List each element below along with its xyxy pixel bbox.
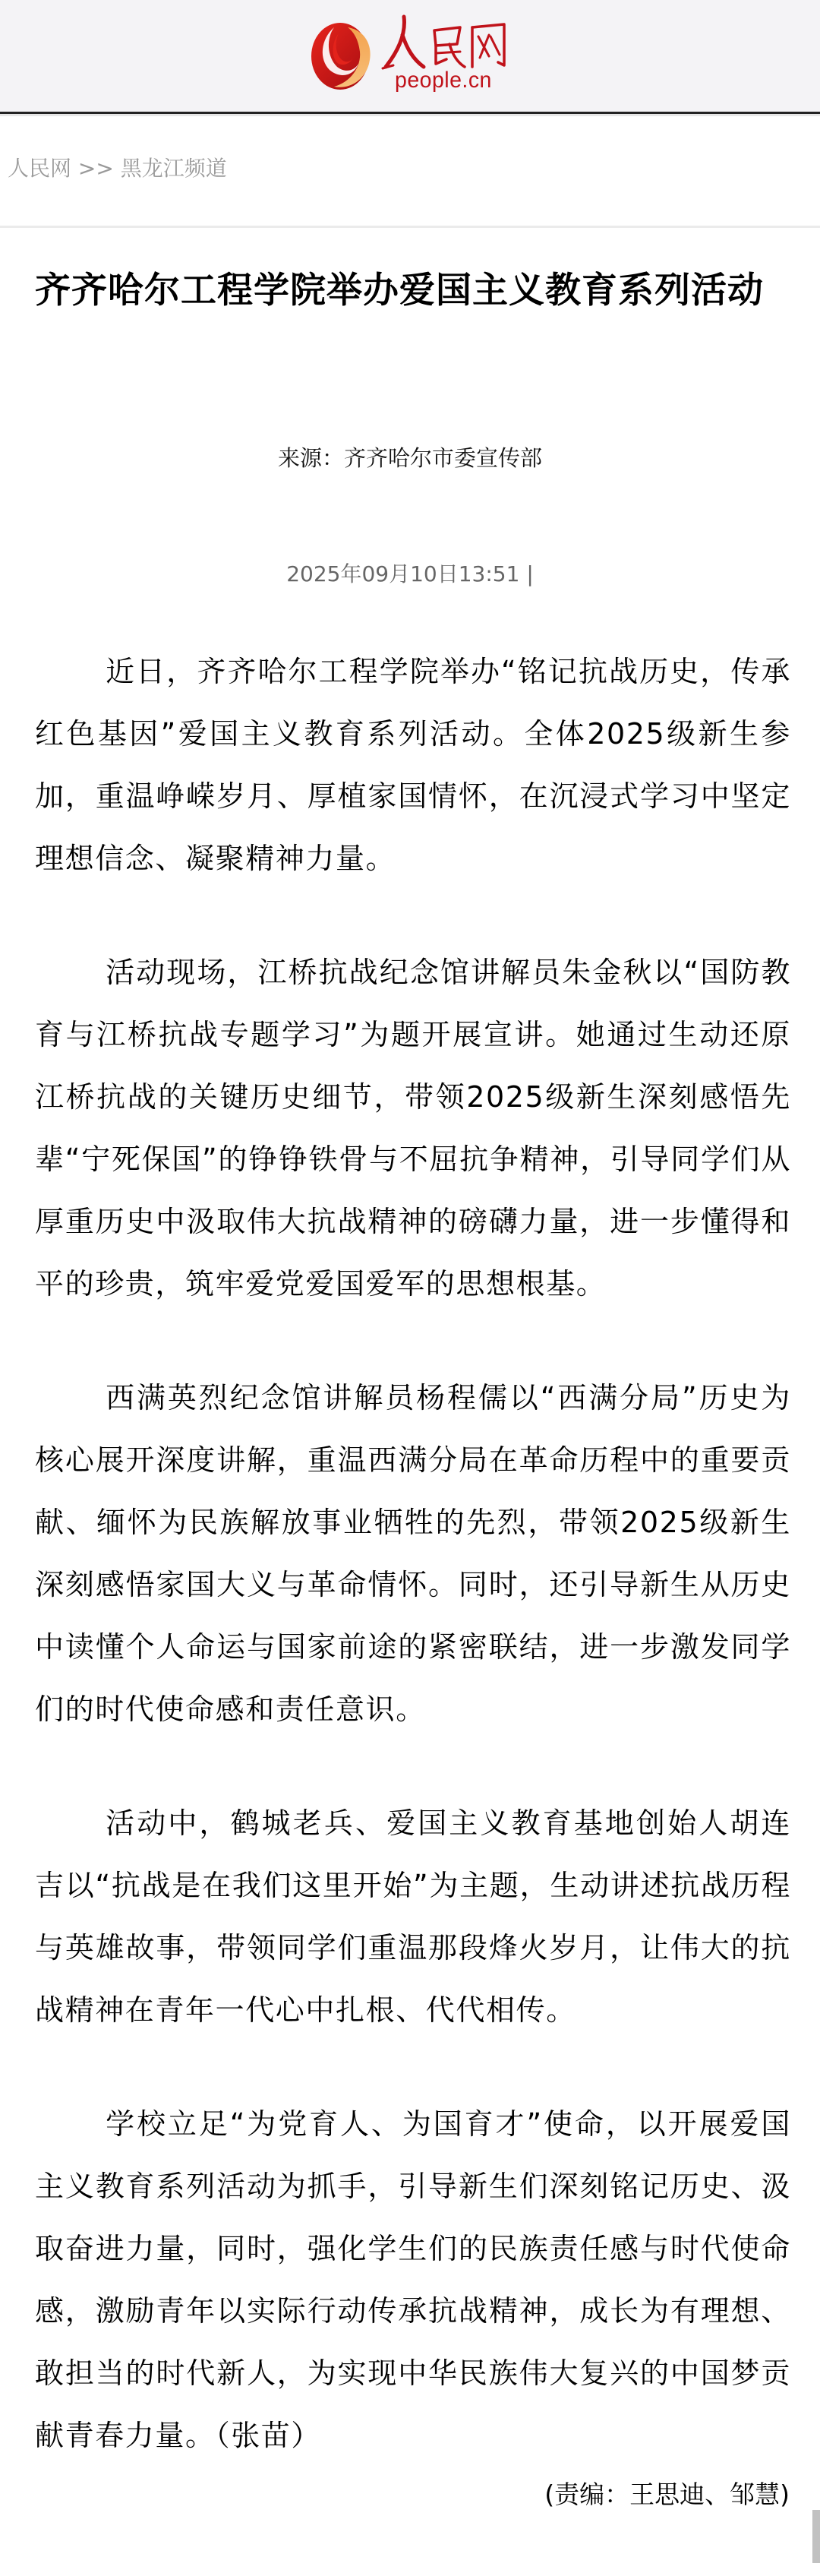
people-daily-emblem-icon — [304, 17, 380, 93]
article-paragraph: 活动中，鹤城老兵、爱国主义教育基地创始人胡连吉以“抗战是在我们这里开始”为主题，… — [35, 1792, 791, 2041]
page-scrollbar-thumb[interactable] — [812, 2510, 820, 2563]
article-paragraph: 学校立足“为党育人、为国育才”使命，以开展爱国主义教育系列活动为抓手，引导新生们… — [35, 2093, 791, 2467]
responsible-editor: (责编：王思迪、邹慧) — [544, 2478, 790, 2511]
site-header: people.cn — [0, 0, 820, 112]
article-paragraph: 近日，齐齐哈尔工程学院举办“铭记抗战历史，传承红色基因”爱国主义教育系列活动。全… — [35, 640, 791, 890]
breadcrumb-separator: >> — [78, 156, 114, 181]
breadcrumb: 人民网 >> 黑龙江频道 — [8, 154, 227, 183]
title-divider — [0, 226, 820, 228]
article-source: 来源：齐齐哈尔市委宣传部 — [0, 443, 820, 473]
article-title: 齐齐哈尔工程学院举办爱国主义教育系列活动 — [35, 258, 794, 324]
article-paragraph: 西满英烈纪念馆讲解员杨程儒以“西满分局”历史为核心展开深度讲解，重温西满分局在革… — [35, 1367, 791, 1740]
header-divider-shadow — [0, 114, 820, 116]
publish-date: 2025年09月10日13:51 | — [0, 559, 820, 589]
breadcrumb-home-link[interactable]: 人民网 — [8, 156, 71, 181]
article-body: 近日，齐齐哈尔工程学院举办“铭记抗战历史，传承红色基因”爱国主义教育系列活动。全… — [35, 640, 791, 2518]
breadcrumb-channel-link[interactable]: 黑龙江频道 — [121, 156, 227, 181]
site-logo-link[interactable]: people.cn — [304, 14, 524, 97]
logo-wordmark-cn — [381, 14, 510, 73]
logo-wordmark-en: people.cn — [395, 67, 492, 94]
article-paragraph: 活动现场，江桥抗战纪念馆讲解员朱金秋以“国防教育与江桥抗战专题学习”为题开展宣讲… — [35, 941, 791, 1315]
